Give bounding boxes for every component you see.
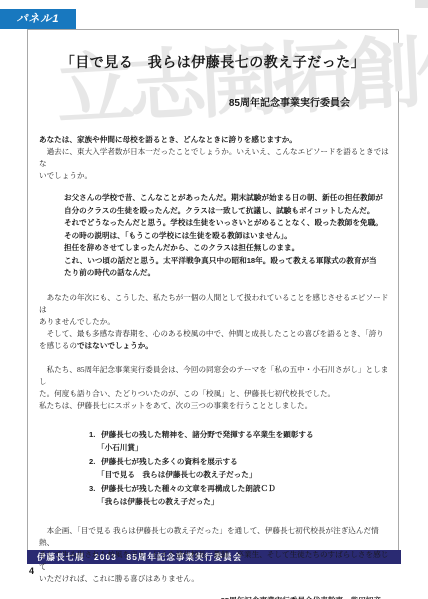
project-desc-line: 2.伊藤長七が残した多くの資料を展示する <box>89 455 389 469</box>
project-desc: 伊藤長七が残した種々の文章を再構成した朗読ＣＤ <box>101 484 276 493</box>
list-item: 3.伊藤長七が残した種々の文章を再構成した朗読ＣＤ 「我らは伊藤長七の教え子だっ… <box>89 482 389 509</box>
pride-paragraph: そして、最も多感な青春期を、心のある校風の中で、仲間と成長したことの喜びを語ると… <box>39 328 389 352</box>
project-number: 3. <box>89 482 101 496</box>
document-title: 「目で見る 我らは伊藤長七の教え子だった」 <box>28 30 398 72</box>
list-item: 1.伊藤長七の残した精神を、諸分野で発揮する卒業生を顕彰する 「小石川賞」 <box>89 428 389 455</box>
document-header: 立志開拓創作 「目で見る 我らは伊藤長七の教え子だった」 85周年記念事業実行委… <box>28 30 398 134</box>
list-item: 2.伊藤長七が残した多くの資料を展示する 「目で見る 我らは伊藤長七の教え子だっ… <box>89 455 389 482</box>
signature-line: 85周年記念事業実行委員会代表幹事 柴田知彦 <box>39 595 389 599</box>
episode-paragraph: あなたの年次にも、こうした、私たちが一個の人間として扱われていることを感じさせる… <box>39 292 389 328</box>
project-desc-line: 1.伊藤長七の残した精神を、諸分野で発揮する卒業生を顕彰する <box>89 428 389 442</box>
document-page: パネル1 立志開拓創作 「目で見る 我らは伊藤長七の教え子だった」 85周年記念… <box>0 0 428 599</box>
content-box: 立志開拓創作 「目で見る 我らは伊藤長七の教え子だった」 85周年記念事業実行委… <box>27 29 399 564</box>
pride-bold-text: ではないでしょうか。 <box>77 341 153 350</box>
scan-artifact <box>415 0 428 8</box>
story-block: お父さんの学校で昔、こんなことがあったんだ。期末試験が始まる日の朝、新任の担任教… <box>64 192 389 280</box>
project-desc: 伊藤長七の残した精神を、諸分野で発揮する卒業生を顕彰する <box>101 430 314 439</box>
project-number: 1. <box>89 428 101 442</box>
project-desc: 伊藤長七が残した多くの資料を展示する <box>101 457 238 466</box>
panel-tab-label: パネル1 <box>0 9 76 29</box>
project-number: 2. <box>89 455 101 469</box>
project-desc-line: 3.伊藤長七が残した種々の文章を再構成した朗読ＣＤ <box>89 482 389 496</box>
calligraphy-watermark: 立志開拓創作 <box>53 7 428 141</box>
project-name: 「我らは伊藤長七の教え子だった」 <box>89 495 389 509</box>
intro-text: 過去に、東大入学者数が日本一だったことでしょうか。いえいえ、こんなエピソードを語… <box>39 146 389 182</box>
project-list: 1.伊藤長七の残した精神を、諸分野で発揮する卒業生を顕彰する 「小石川賞」 2.… <box>89 428 389 509</box>
project-name: 「目で見る 我らは伊藤長七の教え子だった」 <box>89 468 389 482</box>
document-body: あなたは、家族や仲間に母校を語るとき、どんなときに誇りを感じますか。 過去に、東… <box>28 134 398 599</box>
committee-paragraph: 私たち、85周年記念事業実行委員会は、今回の同窓会のテーマを「私の五中・小石川さ… <box>39 364 389 412</box>
intro-question: あなたは、家族や仲間に母校を語るとき、どんなときに誇りを感じますか。 <box>39 134 389 146</box>
closing-paragraph: 本企画、「目で見る 我らは伊藤長七の教え子だった」を通して、伊藤長七初代校長が注… <box>39 525 389 585</box>
project-name: 「小石川賞」 <box>89 441 389 455</box>
committee-subtitle: 85周年記念事業実行委員会 <box>28 94 398 109</box>
